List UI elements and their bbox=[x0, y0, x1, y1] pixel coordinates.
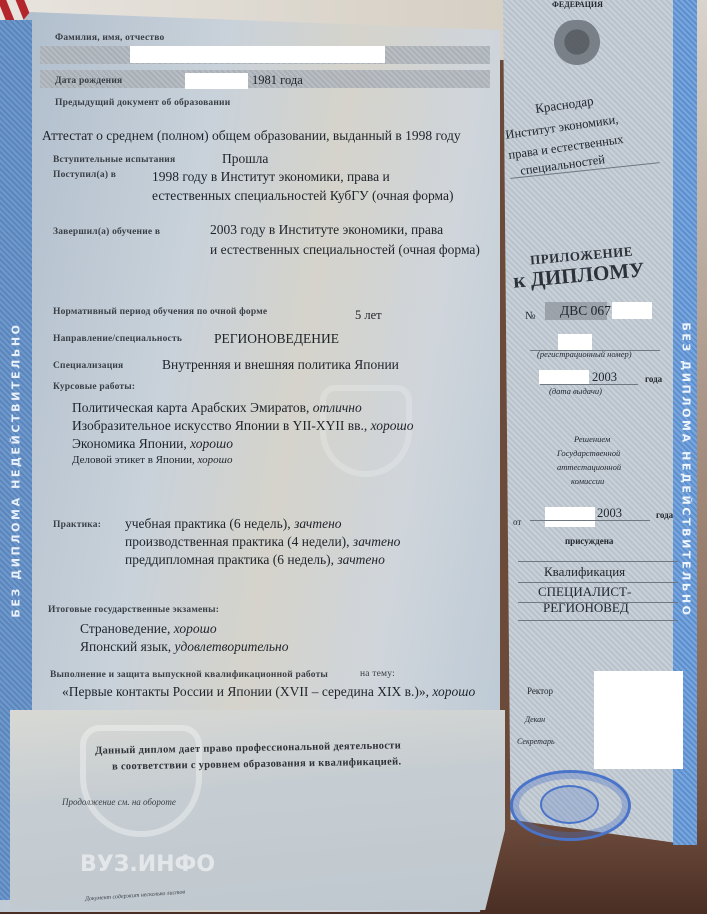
issue-caption: (дата выдачи) bbox=[549, 386, 602, 396]
redacted-name bbox=[130, 46, 385, 63]
decision-line-1: Решением bbox=[574, 434, 610, 444]
state-exam-item: Страноведение, хорошо bbox=[80, 621, 217, 637]
awarded-label: присуждена bbox=[565, 536, 613, 546]
entrance-exams-label: Вступительные испытания bbox=[53, 155, 175, 165]
form-line bbox=[540, 384, 638, 385]
specialty-label: Направление/специальность bbox=[53, 334, 182, 344]
decision-line-2: Государственной bbox=[557, 448, 620, 458]
completed-line-1: 2003 году в Институте экономики, права bbox=[210, 222, 443, 238]
completed-line-2: и естественных специальностей (очная фор… bbox=[210, 242, 480, 258]
full-name-label: Фамилия, имя, отчество bbox=[55, 33, 164, 43]
left-strip-text: БЕЗ ДИПЛОМА НЕДЕЙСТВИТЕЛЬНО bbox=[10, 322, 23, 617]
enrolled-line-1: 1998 году в Институт экономики, права и bbox=[152, 169, 390, 185]
thesis-title: «Первые контакты России и Японии (XVII –… bbox=[62, 684, 475, 700]
state-exams-label: Итоговые государственные экзамены: bbox=[48, 605, 219, 615]
decision-year: 2003 bbox=[597, 506, 622, 521]
previous-document-value: Аттестат о среднем (полном) общем образо… bbox=[42, 128, 461, 144]
form-line bbox=[518, 620, 678, 621]
diploma-number: ДВС 067 bbox=[560, 303, 611, 319]
coat-of-arms-icon bbox=[552, 20, 602, 75]
sheet-label: Лист №1 bbox=[538, 842, 561, 848]
enrolled-label: Поступил(а) в bbox=[53, 170, 116, 180]
practice-label: Практика: bbox=[53, 520, 101, 530]
coursework-label: Курсовые работы: bbox=[53, 382, 135, 392]
previous-document-label: Предыдущий документ об образовании bbox=[55, 98, 230, 108]
issue-year: 2003 bbox=[592, 370, 617, 385]
issue-suffix: года bbox=[645, 374, 662, 384]
reg-number-caption: (регистрационный номер) bbox=[537, 349, 632, 359]
birth-year: 1981 года bbox=[252, 73, 303, 88]
state-exam-item: Японский язык, удовлетворительно bbox=[80, 639, 289, 655]
specialty-value: РЕГИОНОВЕДЕНИЕ bbox=[214, 331, 339, 347]
redacted-signatures bbox=[594, 671, 683, 769]
redacted-decision-date bbox=[545, 507, 595, 527]
right-strip-text: БЕЗ ДИПЛОМА НЕДЕЙСТВИТЕЛЬНО bbox=[680, 322, 693, 617]
entrance-exams-value: Прошла bbox=[222, 151, 268, 167]
practice-item: учебная практика (6 недель), зачтено bbox=[125, 516, 342, 532]
header-federation: ФЕДЕРАЦИЯ bbox=[552, 0, 603, 9]
redacted-issue-date bbox=[539, 370, 589, 384]
decision-line-3: аттестационной bbox=[557, 462, 621, 472]
decision-suffix: года bbox=[656, 510, 673, 520]
decision-line-4: комиссии bbox=[571, 476, 604, 486]
redacted-birth-date bbox=[185, 73, 248, 89]
normative-period-value: 5 лет bbox=[355, 308, 382, 323]
specialization-label: Специализация bbox=[53, 361, 123, 371]
coursework-item: Политическая карта Арабских Эмиратов, от… bbox=[72, 400, 362, 416]
normative-period-label: Нормативный период обучения по очной фор… bbox=[53, 307, 267, 317]
coursework-item: Деловой этикет в Японии, хорошо bbox=[72, 454, 232, 466]
enrolled-line-2: естественных специальностей КубГУ (очная… bbox=[152, 188, 453, 204]
from-label: от bbox=[513, 517, 521, 527]
specialization-value: Внутренняя и внешняя политика Японии bbox=[162, 357, 399, 373]
thesis-topic-label: на тему: bbox=[360, 669, 395, 679]
birth-date-label: Дата рождения bbox=[55, 76, 122, 86]
secretary-label: Секретарь bbox=[517, 737, 555, 746]
watermark-text: ВУЗ.ИНФО bbox=[80, 852, 215, 877]
qualification-value-line-2: РЕГИОНОВЕД bbox=[543, 600, 629, 616]
dean-label: Декан bbox=[525, 715, 545, 724]
coursework-item: Экономика Японии, хорошо bbox=[72, 436, 233, 452]
continuation-note: Продолжение см. на обороте bbox=[62, 797, 176, 807]
qualification-label: Квалификация bbox=[544, 564, 625, 580]
thesis-label: Выполнение и защита выпускной квалификац… bbox=[50, 670, 328, 680]
form-line bbox=[518, 561, 678, 562]
redacted-number bbox=[612, 302, 652, 319]
number-label: № bbox=[525, 310, 536, 322]
seal-emblem-icon bbox=[540, 785, 599, 824]
rector-label: Ректор bbox=[527, 686, 553, 696]
qualification-value-line-1: СПЕЦИАЛИСТ- bbox=[538, 584, 631, 600]
coursework-item: Изобразительное искусство Японии в YII-X… bbox=[72, 418, 413, 434]
practice-item: производственная практика (4 недели), за… bbox=[125, 534, 400, 550]
form-line bbox=[530, 520, 650, 521]
completed-label: Завершил(а) обучение в bbox=[53, 227, 160, 237]
redacted-reg-number bbox=[558, 334, 592, 350]
practice-item: преддипломная практика (6 недель), зачте… bbox=[125, 552, 385, 568]
form-line bbox=[518, 582, 678, 583]
